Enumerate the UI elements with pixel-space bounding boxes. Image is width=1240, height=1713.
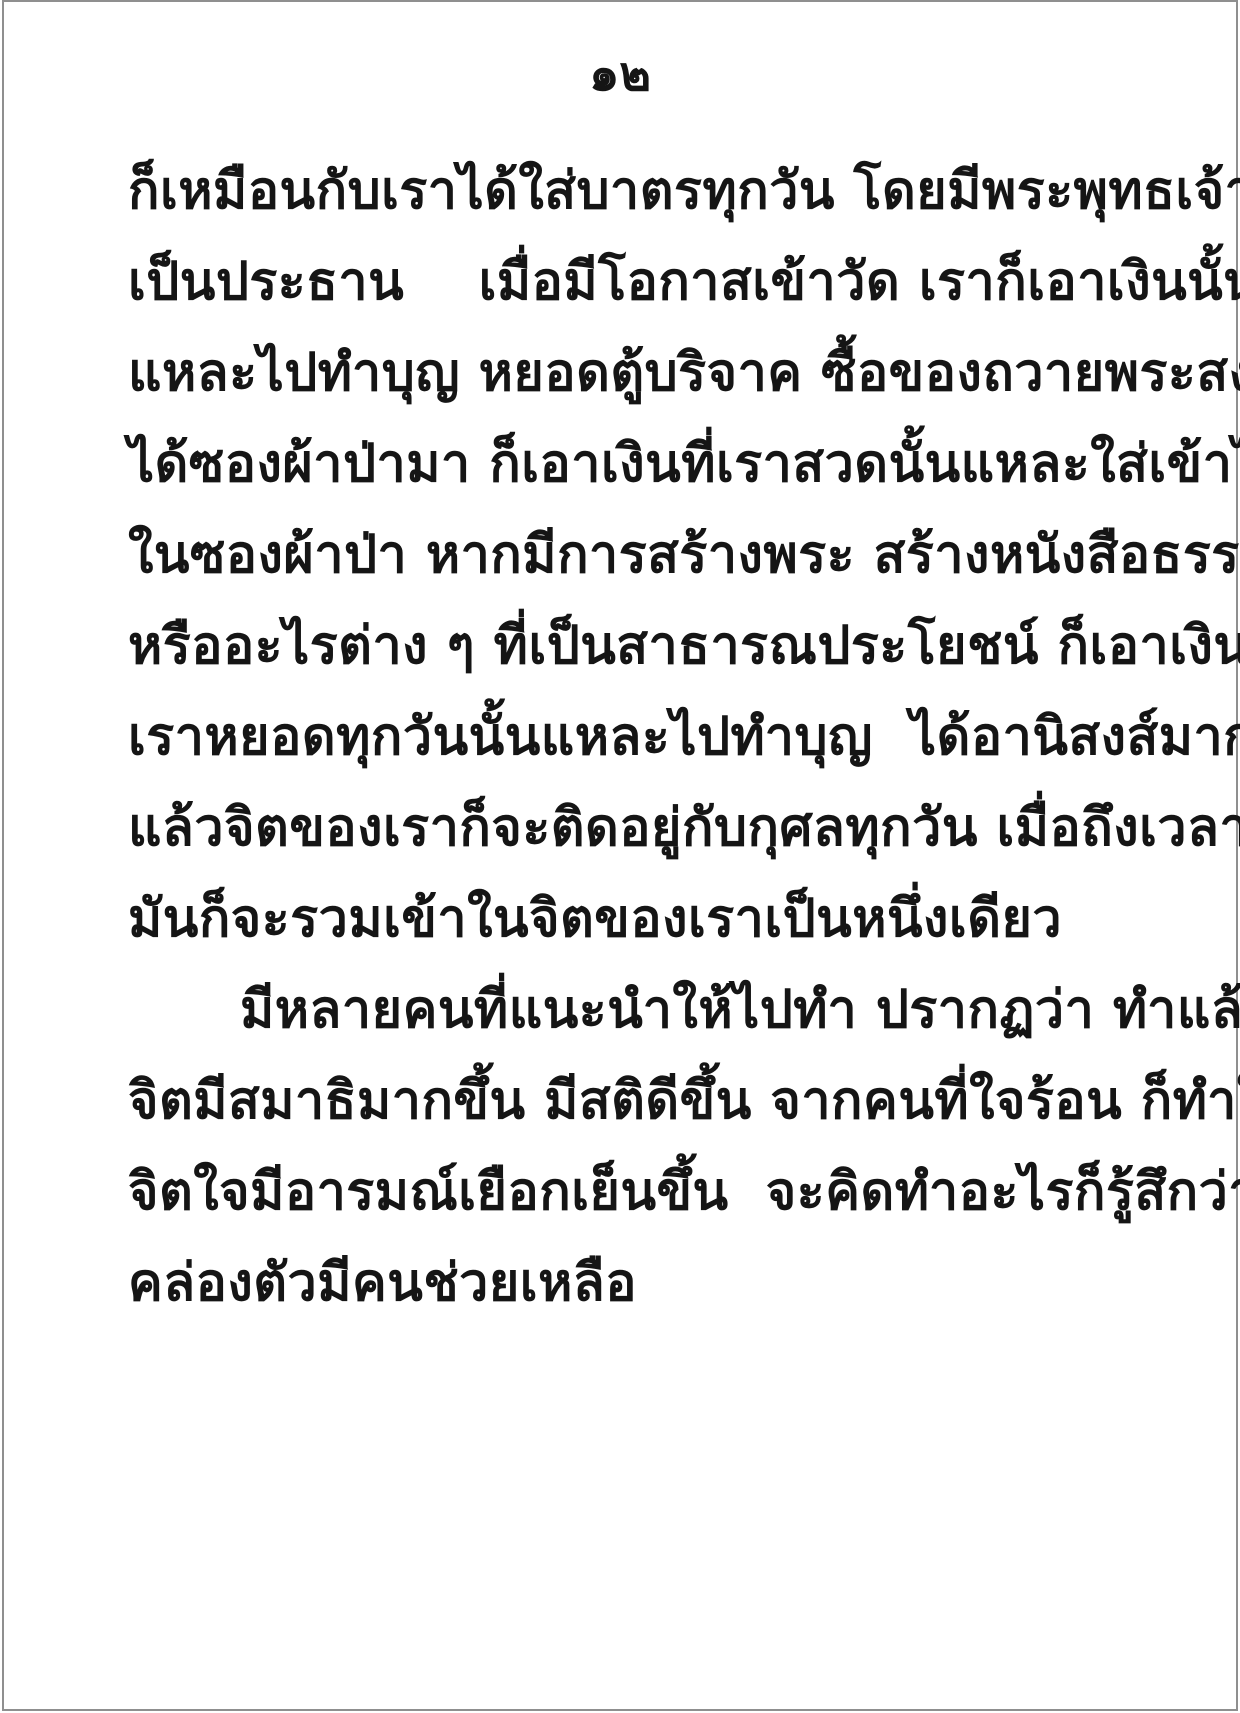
text-line: แล้วจิตของเราก็จะติดอยู่กับกุศลทุกวัน เม…	[128, 783, 1118, 874]
text-line: มันก็จะรวมเข้าในจิตของเราเป็นหนึ่งเดียว	[128, 874, 1118, 965]
text-line: คล่องตัวมีคนช่วยเหลือ	[128, 1238, 1118, 1329]
text-line: ในซองผ้าป่า หากมีการสร้างพระ สร้างหนังสื…	[128, 510, 1118, 601]
text-line: จิตใจมีอารมณ์เยือกเย็นขึ้น จะคิดทำอะไรก็…	[128, 1147, 1118, 1238]
text-line: ได้ซองผ้าป่ามา ก็เอาเงินที่เราสวดนั้นแหล…	[128, 419, 1118, 510]
text-line: เป็นประธาน เมื่อมีโอกาสเข้าวัด เราก็เอาเ…	[128, 237, 1118, 328]
text-line: เราหยอดทุกวันนั้นแหละไปทำบุญ ได้อานิสงส์…	[128, 692, 1118, 783]
page-number: ๑๒	[0, 44, 1240, 104]
text-line: ก็เหมือนกับเราได้ใส่บาตรทุกวัน โดยมีพระพ…	[128, 146, 1118, 237]
text-line: หรืออะไรต่าง ๆ ที่เป็นสาธารณประโยชน์ ก็เ…	[128, 601, 1118, 692]
document-page: ๑๒ ก็เหมือนกับเราได้ใส่บาตรทุกวัน โดยมีพ…	[0, 0, 1240, 1713]
paragraph: ก็เหมือนกับเราได้ใส่บาตรทุกวัน โดยมีพระพ…	[128, 146, 1118, 965]
text-line: แหละไปทำบุญ หยอดตู้บริจาค ซื้อของถวายพระ…	[128, 328, 1118, 419]
paragraph: มีหลายคนที่แนะนำให้ไปทำ ปรากฏว่า ทำแล้ว …	[128, 965, 1118, 1329]
text-line: มีหลายคนที่แนะนำให้ไปทำ ปรากฏว่า ทำแล้ว	[128, 965, 1118, 1056]
text-body: ก็เหมือนกับเราได้ใส่บาตรทุกวัน โดยมีพระพ…	[128, 146, 1118, 1329]
text-line: จิตมีสมาธิมากขึ้น มีสติดีขึ้น จากคนที่ใจ…	[128, 1056, 1118, 1147]
